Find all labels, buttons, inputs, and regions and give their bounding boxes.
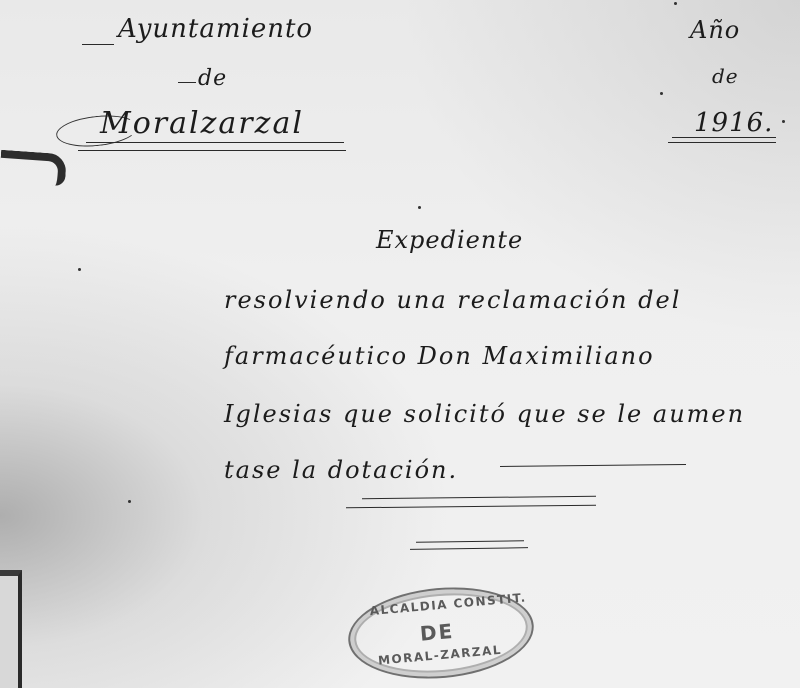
dash-line	[82, 44, 114, 45]
underline	[668, 142, 776, 143]
paper-speck	[660, 92, 663, 95]
folder-edge	[0, 570, 22, 688]
paper-speck	[128, 500, 131, 503]
header-municipality: Moralzarzal	[100, 106, 304, 141]
body-line: tase la dotación.	[224, 456, 458, 484]
dash-line	[178, 82, 196, 83]
stamp-top-text: ALCALDIA CONSTIT.	[369, 590, 527, 618]
paper-speck	[674, 2, 677, 5]
document-page: Ayuntamiento de Moralzarzal Año de 1916.…	[0, 0, 800, 688]
separator-rule	[346, 505, 596, 509]
header-ano: Año	[690, 16, 740, 44]
paper-speck	[418, 206, 421, 209]
closing-line	[500, 464, 686, 467]
paper-speck	[78, 268, 81, 271]
body-line: resolviendo una reclamación del	[224, 286, 681, 314]
body-line: Iglesias que solicitó que se le aumen	[224, 400, 745, 428]
body-line: farmacéutico Don Maximiliano	[224, 342, 655, 370]
separator-rule	[362, 496, 596, 499]
stamp-middle-text: DE	[419, 619, 455, 646]
separator-rule	[410, 547, 528, 550]
underline	[672, 137, 776, 138]
municipal-stamp: ALCALDIA CONSTIT. DE MORAL-ZARZAL	[344, 580, 537, 686]
stamp-bottom-text: MORAL-ZARZAL	[378, 643, 503, 668]
binding-string	[0, 150, 67, 187]
header-de-right: de	[712, 64, 739, 88]
separator-rule	[416, 540, 524, 543]
underline	[86, 142, 344, 143]
document-title: Expediente	[376, 226, 523, 254]
header-year: 1916.	[694, 108, 773, 138]
paper-speck	[782, 120, 785, 123]
header-ayuntamiento: Ayuntamiento	[118, 14, 313, 44]
underline	[78, 150, 346, 151]
header-de: de	[198, 66, 227, 91]
